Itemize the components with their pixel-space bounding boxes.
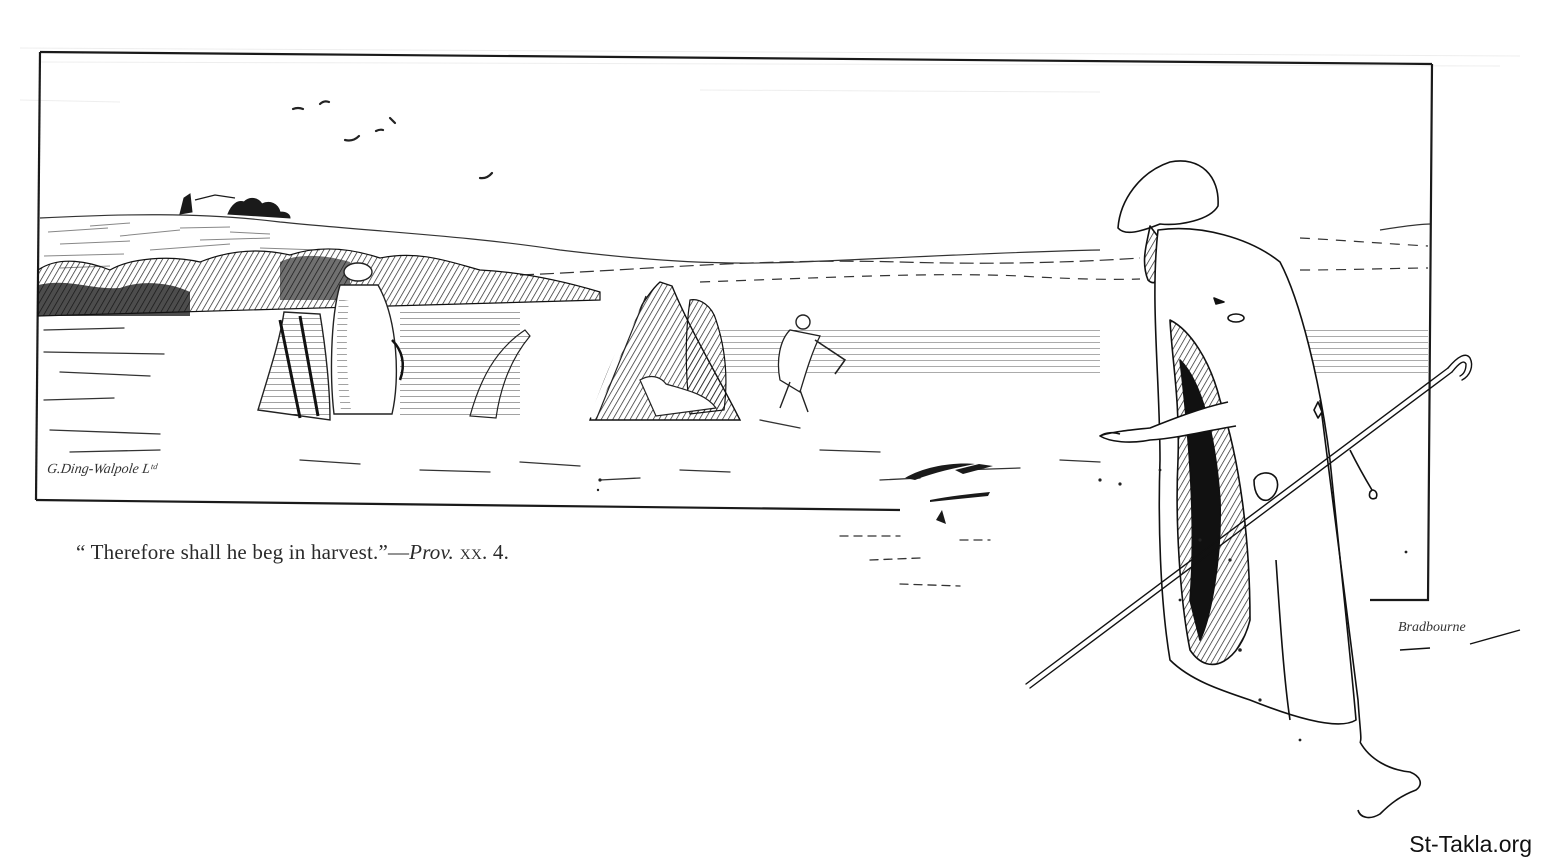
birds (293, 101, 492, 178)
hilltop-village (180, 194, 290, 218)
engraver-signature: G.Ding-Walpole Lᵗᵈ (43, 462, 161, 478)
artist-signature: Bradbourne (1398, 620, 1466, 636)
scan-bleed (20, 48, 1520, 102)
tree-line (38, 249, 600, 316)
caption-reference: xx. 4. (460, 540, 509, 564)
watermark: St-Takla.org (1407, 831, 1534, 858)
sheaf-left (258, 312, 330, 420)
beggar-figure (1100, 161, 1420, 818)
illustration (0, 0, 1542, 864)
caption-quote: “ Therefore shall he beg in harvest.”— (76, 540, 409, 564)
caption-citation: Prov. (409, 540, 454, 564)
caption: “ Therefore shall he beg in harvest.”—Pr… (76, 540, 509, 565)
foreground-mound (905, 464, 993, 524)
